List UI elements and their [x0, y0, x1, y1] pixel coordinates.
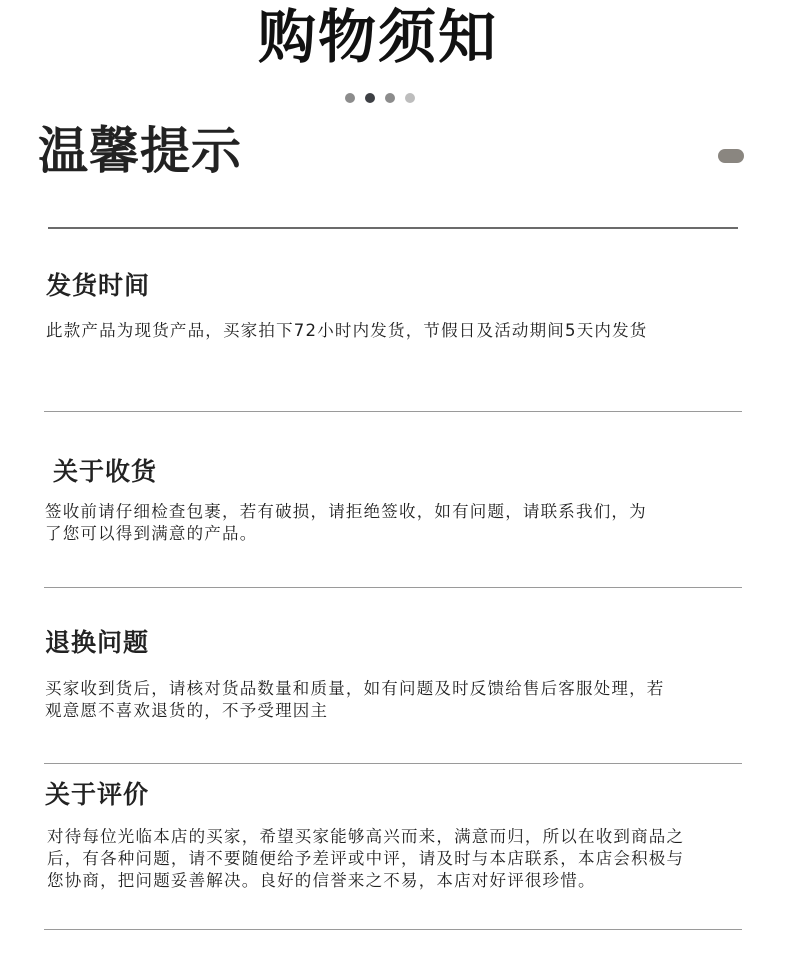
section-heading-shipping-time: 发货时间 [46, 270, 150, 302]
section-divider [44, 763, 742, 764]
carousel-dot-active[interactable] [365, 93, 375, 103]
page-title: 购物须知 [0, 2, 756, 72]
carousel-indicator [345, 93, 415, 103]
tip-title: 温馨提示 [38, 118, 242, 184]
section-divider [44, 411, 742, 412]
decorative-pill-icon [718, 149, 744, 163]
section-heading-reviews: 关于评价 [45, 779, 149, 811]
carousel-dot[interactable] [345, 93, 355, 103]
section-body-receiving: 签收前请仔细检查包裹，若有破损，请拒绝签收，如有问题，请联系我们，为 了您可以得… [45, 501, 647, 545]
section-body-returns: 买家收到货后，请核对货品数量和质量，如有问题及时反馈给售后客服处理，若 观意愿不… [45, 678, 665, 722]
section-divider [44, 587, 742, 588]
section-body-shipping-time: 此款产品为现货产品，买家拍下72小时内发货，节假日及活动期间5天内发货 [46, 320, 648, 342]
section-divider [44, 929, 742, 930]
header-divider [48, 227, 738, 229]
carousel-dot[interactable] [385, 93, 395, 103]
carousel-dot[interactable] [405, 93, 415, 103]
section-heading-returns: 退换问题 [45, 627, 149, 659]
section-body-reviews: 对待每位光临本店的买家，希望买家能够高兴而来，满意而归，所以在收到商品之 后，有… [47, 826, 684, 892]
section-heading-receiving: 关于收货 [53, 456, 157, 488]
